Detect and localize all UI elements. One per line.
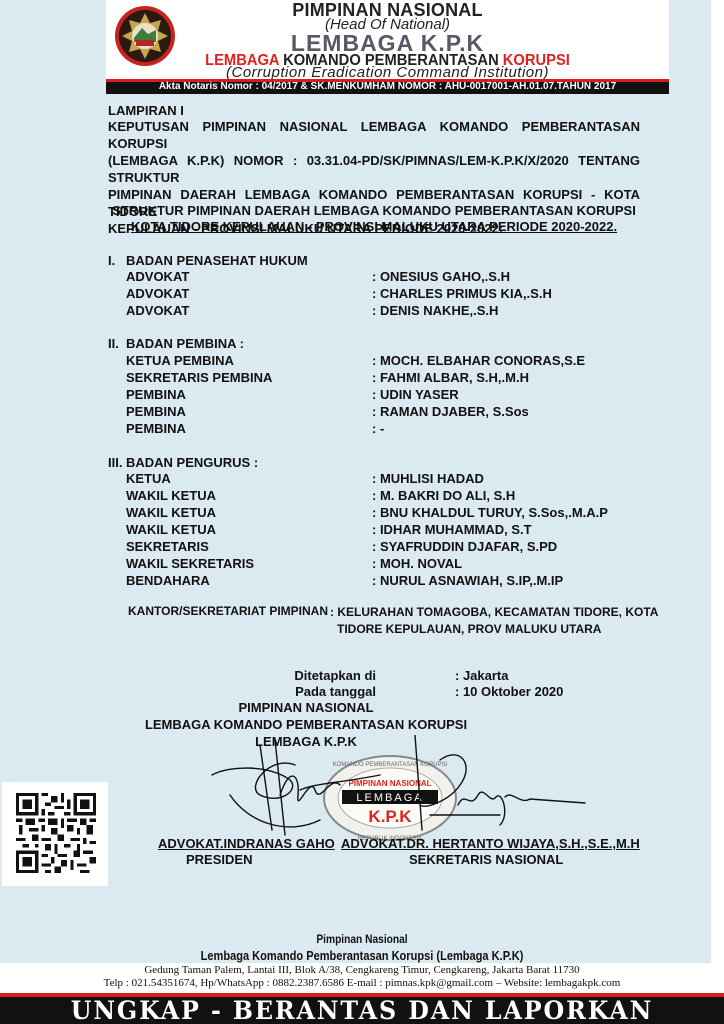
member-name: : FAHMI ALBAR, S.H,.M.H <box>372 370 529 385</box>
footer-address: Gedung Taman Palem, Lantai III, Blok A/3… <box>0 964 724 976</box>
member-row: WAKIL KETUA: M. BAKRI DO ALI, S.H <box>126 488 646 505</box>
svg-text:LEMBAGA: LEMBAGA <box>356 792 423 804</box>
qr-code-icon <box>16 793 96 873</box>
letterhead: PIMPINAN NASIONAL (Head Of National) LEM… <box>106 0 669 94</box>
member-name: : MOCH. ELBAHAR CONORAS,S.E <box>372 353 585 368</box>
member-row: PEMBINA: - <box>126 421 646 438</box>
official-stamp-icon: KOMANDO PEMBERANTASAN KORUPSI REPUBLIK I… <box>320 752 460 844</box>
member-role: WAKIL KETUA <box>126 488 216 503</box>
member-row: PEMBINA: RAMAN DJABER, S.Sos <box>126 404 646 421</box>
member-name: : M. BAKRI DO ALI, S.H <box>372 488 515 503</box>
member-row: ADVOKAT: CHARLES PRIMUS KIA,.S.H <box>126 286 646 303</box>
structure-subtitle: KOTA TIDORE KEPULAUAN - PROVINSI MALUKU … <box>108 219 640 234</box>
section-heading: III.BADAN PENGURUS : <box>108 455 258 470</box>
section-heading: I.BADAN PENASEHAT HUKUM <box>108 253 308 268</box>
section-title: BADAN PENGURUS : <box>126 455 258 470</box>
section-title: BADAN PEMBINA : <box>126 336 244 351</box>
member-role: KETUA <box>126 471 171 486</box>
issuer-line: PIMPINAN NASIONAL <box>36 700 576 715</box>
member-row: BENDAHARA: NURUL ASNAWIAH, S.IP,.M.IP <box>126 573 646 590</box>
svg-text:KOMANDO PEMBERANTASAN KORUPSI: KOMANDO PEMBERANTASAN KORUPSI <box>333 762 448 768</box>
section-number: II. <box>108 336 126 351</box>
member-role: BENDAHARA <box>126 573 210 588</box>
footer-contact: Telp : 021.54351674, Hp/WhatsApp : 0882.… <box>0 977 724 989</box>
member-row: SEKRETARIS PEMBINA: FAHMI ALBAR, S.H,.M.… <box>126 370 646 387</box>
member-name: : DENIS NAKHE,.S.H <box>372 303 498 318</box>
attachment-label: LAMPIRAN I <box>108 103 184 118</box>
date-label: Pada tanggal <box>256 684 376 699</box>
signatory-title: PRESIDEN <box>186 852 252 867</box>
svg-text:K.P.K: K.P.K <box>368 807 412 826</box>
member-role: WAKIL SEKRETARIS <box>126 556 254 571</box>
member-role: SEKRETARIS <box>126 539 209 554</box>
issuer-line: LEMBAGA K.P.K <box>36 734 576 749</box>
member-row: ADVOKAT: ONESIUS GAHO,.S.H <box>126 269 646 286</box>
member-role: SEKRETARIS PEMBINA <box>126 370 272 385</box>
intro-line: KEPUTUSAN PIMPINAN NASIONAL LEMBAGA KOMA… <box>108 118 640 152</box>
member-name: : NURUL ASNAWIAH, S.IP,.M.IP <box>372 573 563 588</box>
member-name: : - <box>372 421 384 436</box>
member-row: WAKIL KETUA: IDHAR MUHAMMAD, S.T <box>126 522 646 539</box>
place-label: Ditetapkan di <box>256 668 376 683</box>
svg-text:PIMPINAN NASIONAL: PIMPINAN NASIONAL <box>348 779 431 788</box>
footer-institution-title: Pimpinan Nasional <box>54 932 669 946</box>
member-name: : MUHLISI HADAD <box>372 471 484 486</box>
legal-registration-bar: Akta Notaris Nomor : 04/2017 & SK.MENKUM… <box>106 79 669 94</box>
member-role: ADVOKAT <box>126 303 189 318</box>
date-value: : 10 Oktober 2020 <box>455 684 563 699</box>
slogan-banner: UNGKAP - BERANTAS DAN LAPORKAN <box>0 993 724 1024</box>
member-row: WAKIL SEKRETARIS: MOH. NOVAL <box>126 556 646 573</box>
member-name: : BNU KHALDUL TURUY, S.Sos,.M.A.P <box>372 505 608 520</box>
signatory-name: ADVOKAT.DR. HERTANTO WIJAYA,S.H.,S.E.,M.… <box>341 836 640 851</box>
member-role: WAKIL KETUA <box>126 522 216 537</box>
member-role: ADVOKAT <box>126 286 189 301</box>
signatory-title: SEKRETARIS NASIONAL <box>409 852 563 867</box>
member-role: PEMBINA <box>126 387 186 402</box>
member-row: KETUA: MUHLISI HADAD <box>126 471 646 488</box>
member-row: PEMBINA: UDIN YASER <box>126 387 646 404</box>
place-value: : Jakarta <box>455 668 508 683</box>
qr-code[interactable] <box>2 782 108 886</box>
page-edge <box>711 0 724 965</box>
member-name: : SYAFRUDDIN DJAFAR, S.PD <box>372 539 557 554</box>
member-name: : RAMAN DJABER, S.Sos <box>372 404 529 419</box>
member-name: : UDIN YASER <box>372 387 459 402</box>
office-label: KANTOR/SEKRETARIAT PIMPINAN <box>128 604 328 618</box>
intro-line: (LEMBAGA K.P.K) NOMOR : 03.31.04-PD/SK/P… <box>108 152 640 186</box>
section-number: I. <box>108 253 126 268</box>
issuer-line: LEMBAGA KOMANDO PEMBERANTASAN KORUPSI <box>36 717 576 732</box>
slogan-text: UNGKAP - BERANTAS DAN LAPORKAN <box>18 996 706 1024</box>
section-number: III. <box>108 455 126 470</box>
section-title: BADAN PENASEHAT HUKUM <box>126 253 308 268</box>
member-name: : MOH. NOVAL <box>372 556 462 571</box>
member-row: SEKRETARIS: SYAFRUDDIN DJAFAR, S.PD <box>126 539 646 556</box>
member-role: WAKIL KETUA <box>126 505 216 520</box>
structure-title: STRUKTUR PIMPINAN DAERAH LEMBAGA KOMANDO… <box>108 203 640 218</box>
member-row: WAKIL KETUA: BNU KHALDUL TURUY, S.Sos,.M… <box>126 505 646 522</box>
member-role: PEMBINA <box>126 404 186 419</box>
member-name: : IDHAR MUHAMMAD, S.T <box>372 522 532 537</box>
member-row: KETUA PEMBINA: MOCH. ELBAHAR CONORAS,S.E <box>126 353 646 370</box>
member-row: ADVOKAT: DENIS NAKHE,.S.H <box>126 303 646 320</box>
member-name: : CHARLES PRIMUS KIA,.S.H <box>372 286 552 301</box>
section-heading: II.BADAN PEMBINA : <box>108 336 244 351</box>
member-role: KETUA PEMBINA <box>126 353 234 368</box>
footer-institution-name: Lembaga Komando Pemberantasan Korupsi (L… <box>54 948 669 963</box>
office-address: : KELURAHAN TOMAGOBA, KECAMATAN TIDORE, … <box>330 604 658 638</box>
member-role: PEMBINA <box>126 421 186 436</box>
signatory-name: ADVOKAT.INDRANAS GAHO <box>158 836 335 851</box>
member-name: : ONESIUS GAHO,.S.H <box>372 269 510 284</box>
member-role: ADVOKAT <box>126 269 189 284</box>
